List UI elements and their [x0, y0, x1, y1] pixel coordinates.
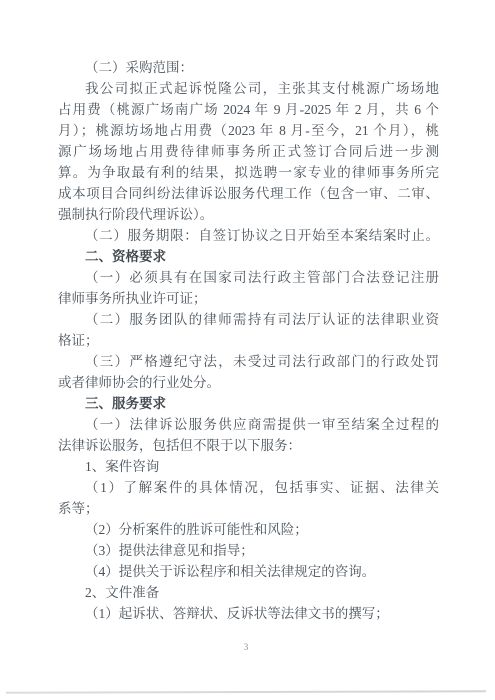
document-line: （二）服务期限：自签订协议之日开始至本案结案时止。: [58, 225, 439, 246]
document-line: （3）提供法律意见和指导；: [58, 540, 439, 561]
document-line: （二）服务团队的律师需持有司法厅认证的法律职业资: [58, 309, 439, 330]
document-line: 或者律师协会的行业处分。: [58, 372, 439, 393]
document-line: 1、案件咨询: [58, 456, 439, 477]
document-line: （一）法律诉讼服务供应商需提供一审至结案全过程的: [58, 414, 439, 435]
document-line: 2、文件准备: [58, 582, 439, 603]
document-line: （4）提供关于诉讼程序和相关法律规定的咨询。: [58, 561, 439, 582]
document-line: （二）采购范围：: [58, 57, 439, 78]
document-line: 系等；: [58, 498, 439, 519]
document-line: （1）了解案件的具体情况，包括事实、证据、法律关: [58, 477, 439, 498]
document-line: 占用费（桃源广场南广场 2024 年 9 月-2025 年 2 月，共 6 个: [58, 99, 439, 120]
document-line: 月）；桃源坊场地占用费（2023 年 8 月-至今，21 个月），桃: [58, 120, 439, 141]
document-page: （二）采购范围：我公司拟正式起诉悦隆公司，主张其支付桃源广场场地占用费（桃源广场…: [0, 0, 495, 700]
document-line: 源广场场地占用费待律师事务所正式签订合同后进一步测: [58, 141, 439, 162]
document-line: （1）起诉状、答辩状、反诉状等法律文书的撰写；: [58, 603, 439, 624]
document-line: 强制执行阶段代理诉讼）。: [58, 204, 439, 225]
document-text-block: （二）采购范围：我公司拟正式起诉悦隆公司，主张其支付桃源广场场地占用费（桃源广场…: [58, 57, 439, 624]
page-number: 3: [237, 643, 255, 653]
scan-edge-artifact: [6, 690, 486, 693]
document-line: （2）分析案件的胜诉可能性和风险；: [58, 519, 439, 540]
document-line: 法律诉讼服务，包括但不限于以下服务：: [58, 435, 439, 456]
document-line: （三）严格遵纪守法，未受过司法行政部门的行政处罚: [58, 351, 439, 372]
document-line: 三、服务要求: [58, 393, 439, 414]
document-line: 成本项目合同纠纷法律诉讼服务代理工作（包含一审、二审、: [58, 183, 439, 204]
document-line: 格证；: [58, 330, 439, 351]
document-line: 我公司拟正式起诉悦隆公司，主张其支付桃源广场场地: [58, 78, 439, 99]
document-line: 二、资格要求: [58, 246, 439, 267]
document-line: 律师事务所执业许可证；: [58, 288, 439, 309]
document-line: （一）必须具有在国家司法行政主管部门合法登记注册: [58, 267, 439, 288]
document-line: 算。为争取最有利的结果，拟选聘一家专业的律师事务所完: [58, 162, 439, 183]
